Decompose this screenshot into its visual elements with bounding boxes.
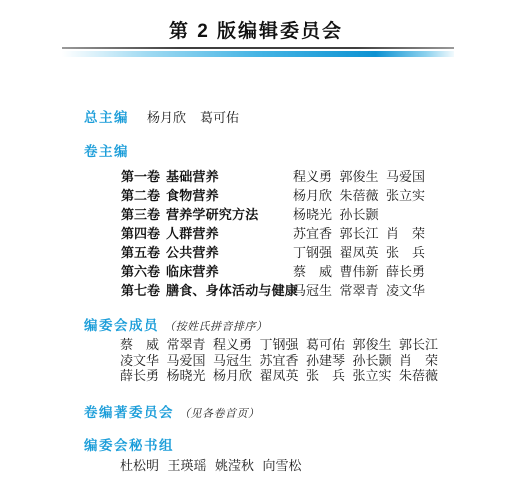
volume-number: 第五卷 [121, 242, 166, 261]
editor-name: 朱蓓薇 [340, 185, 380, 204]
volume-number: 第六卷 [121, 261, 166, 280]
editor-name: 葛可佑 [200, 107, 239, 126]
editor-name: 杨晓光 [293, 204, 333, 223]
editor-name: 张立实 [386, 185, 426, 204]
member-name: 张 兵 [306, 365, 346, 384]
editor-name: 孙长颢 [340, 204, 380, 223]
member-name: 杨晓光 [167, 365, 207, 384]
chief-editor-label: 总主编 [84, 106, 129, 126]
volume-row: 第六卷 临床营养 蔡 威曹伟新薛长勇 [121, 261, 426, 280]
volume-row: 第四卷 人群营养 苏宜香郭长江肖 荣 [121, 223, 426, 242]
volume-number: 第七卷 [121, 280, 166, 299]
volume-number: 第一卷 [121, 166, 166, 185]
editor-name: 张 兵 [386, 242, 426, 261]
member-row: 薛长勇杨晓光杨月欣翟凤英张 兵张立实朱蓓薇 [120, 365, 439, 384]
committee-members-label: 编委会成员 [84, 314, 159, 334]
editor-name: 薛长勇 [386, 261, 426, 280]
editor-name: 丁钢强 [293, 242, 333, 261]
volume-title: 人群营养 [166, 223, 293, 242]
volume-editor-names: 杨晓光孙长颢 [293, 204, 379, 223]
volume-editor-names: 蔡 威曹伟新薛长勇 [293, 261, 426, 280]
member-name: 朱蓓薇 [399, 365, 439, 384]
committee-members-section-header: 编委会成员 （按姓氏拼音排序） [84, 314, 268, 334]
member-name: 张立实 [353, 365, 393, 384]
title-rule [62, 47, 454, 49]
volume-editor-names: 马冠生常翠青凌文华 [293, 280, 426, 299]
volume-committee-label: 卷编著委员会 [84, 401, 174, 421]
secretary-name: 姚滢秋 [215, 455, 255, 474]
volume-row: 第三卷 营养学研究方法 杨晓光孙长颢 [121, 204, 379, 223]
editor-name: 曹伟新 [340, 261, 380, 280]
editor-name: 苏宜香 [293, 223, 333, 242]
editor-name: 杨月欣 [293, 185, 333, 204]
volume-title: 临床营养 [166, 261, 293, 280]
volume-row: 第二卷 食物营养 杨月欣朱蓓薇张立实 [121, 185, 426, 204]
editor-name: 马爱国 [386, 166, 426, 185]
secretary-name: 杜松明 [120, 455, 160, 474]
committee-members-note: （按姓氏拼音排序） [164, 318, 268, 334]
volume-editor-names: 丁钢强翟凤英张 兵 [293, 242, 426, 261]
editor-name: 马冠生 [293, 280, 333, 299]
editor-name: 郭俊生 [340, 166, 380, 185]
volume-committee-section-header: 卷编著委员会 （见各卷首页） [84, 401, 260, 421]
volume-editor-names: 程义勇郭俊生马爱国 [293, 166, 426, 185]
member-name: 翟凤英 [260, 365, 300, 384]
volume-editors-label: 卷主编 [84, 140, 129, 160]
editor-name: 郭长江 [340, 223, 380, 242]
volume-row: 第一卷 基础营养 程义勇郭俊生马爱国 [121, 166, 426, 185]
chief-editor-names: 杨月欣葛可佑 [147, 107, 239, 126]
volume-editor-names: 杨月欣朱蓓薇张立实 [293, 185, 426, 204]
secretary-group-label: 编委会秘书组 [84, 434, 174, 454]
volume-number: 第二卷 [121, 185, 166, 204]
chief-editor-section: 总主编 杨月欣葛可佑 [84, 106, 239, 126]
page-title: 第 2 版编辑委员会 [0, 16, 512, 43]
title-accent-bar [62, 51, 454, 57]
secretary-name: 向雪松 [263, 455, 303, 474]
editor-name: 翟凤英 [340, 242, 380, 261]
editor-name: 凌文华 [386, 280, 426, 299]
volume-title: 公共营养 [166, 242, 293, 261]
editor-name: 蔡 威 [293, 261, 333, 280]
volume-title: 食物营养 [166, 185, 293, 204]
member-name: 薛长勇 [120, 365, 160, 384]
editor-name: 常翠青 [340, 280, 380, 299]
volume-row: 第五卷 公共营养 丁钢强翟凤英张 兵 [121, 242, 426, 261]
volume-number: 第四卷 [121, 223, 166, 242]
editor-name: 杨月欣 [147, 107, 186, 126]
secretary-name: 王瑛瑶 [168, 455, 208, 474]
editorial-committee-page: 第 2 版编辑委员会 总主编 杨月欣葛可佑 卷主编 第一卷 基础营养 程义勇郭俊… [0, 0, 512, 500]
volume-title: 膳食、身体活动与健康 [166, 280, 293, 299]
volume-committee-note: （见各卷首页） [179, 405, 260, 421]
volume-row: 第七卷 膳食、身体活动与健康 马冠生常翠青凌文华 [121, 280, 426, 299]
editor-name: 肖 荣 [386, 223, 426, 242]
secretary-names-row: 杜松明王瑛瑶姚滢秋向雪松 [120, 455, 302, 474]
member-name: 杨月欣 [213, 365, 253, 384]
volume-title: 基础营养 [166, 166, 293, 185]
editor-name: 程义勇 [293, 166, 333, 185]
volume-number: 第三卷 [121, 204, 166, 223]
volume-title: 营养学研究方法 [166, 204, 293, 223]
volume-editor-names: 苏宜香郭长江肖 荣 [293, 223, 426, 242]
